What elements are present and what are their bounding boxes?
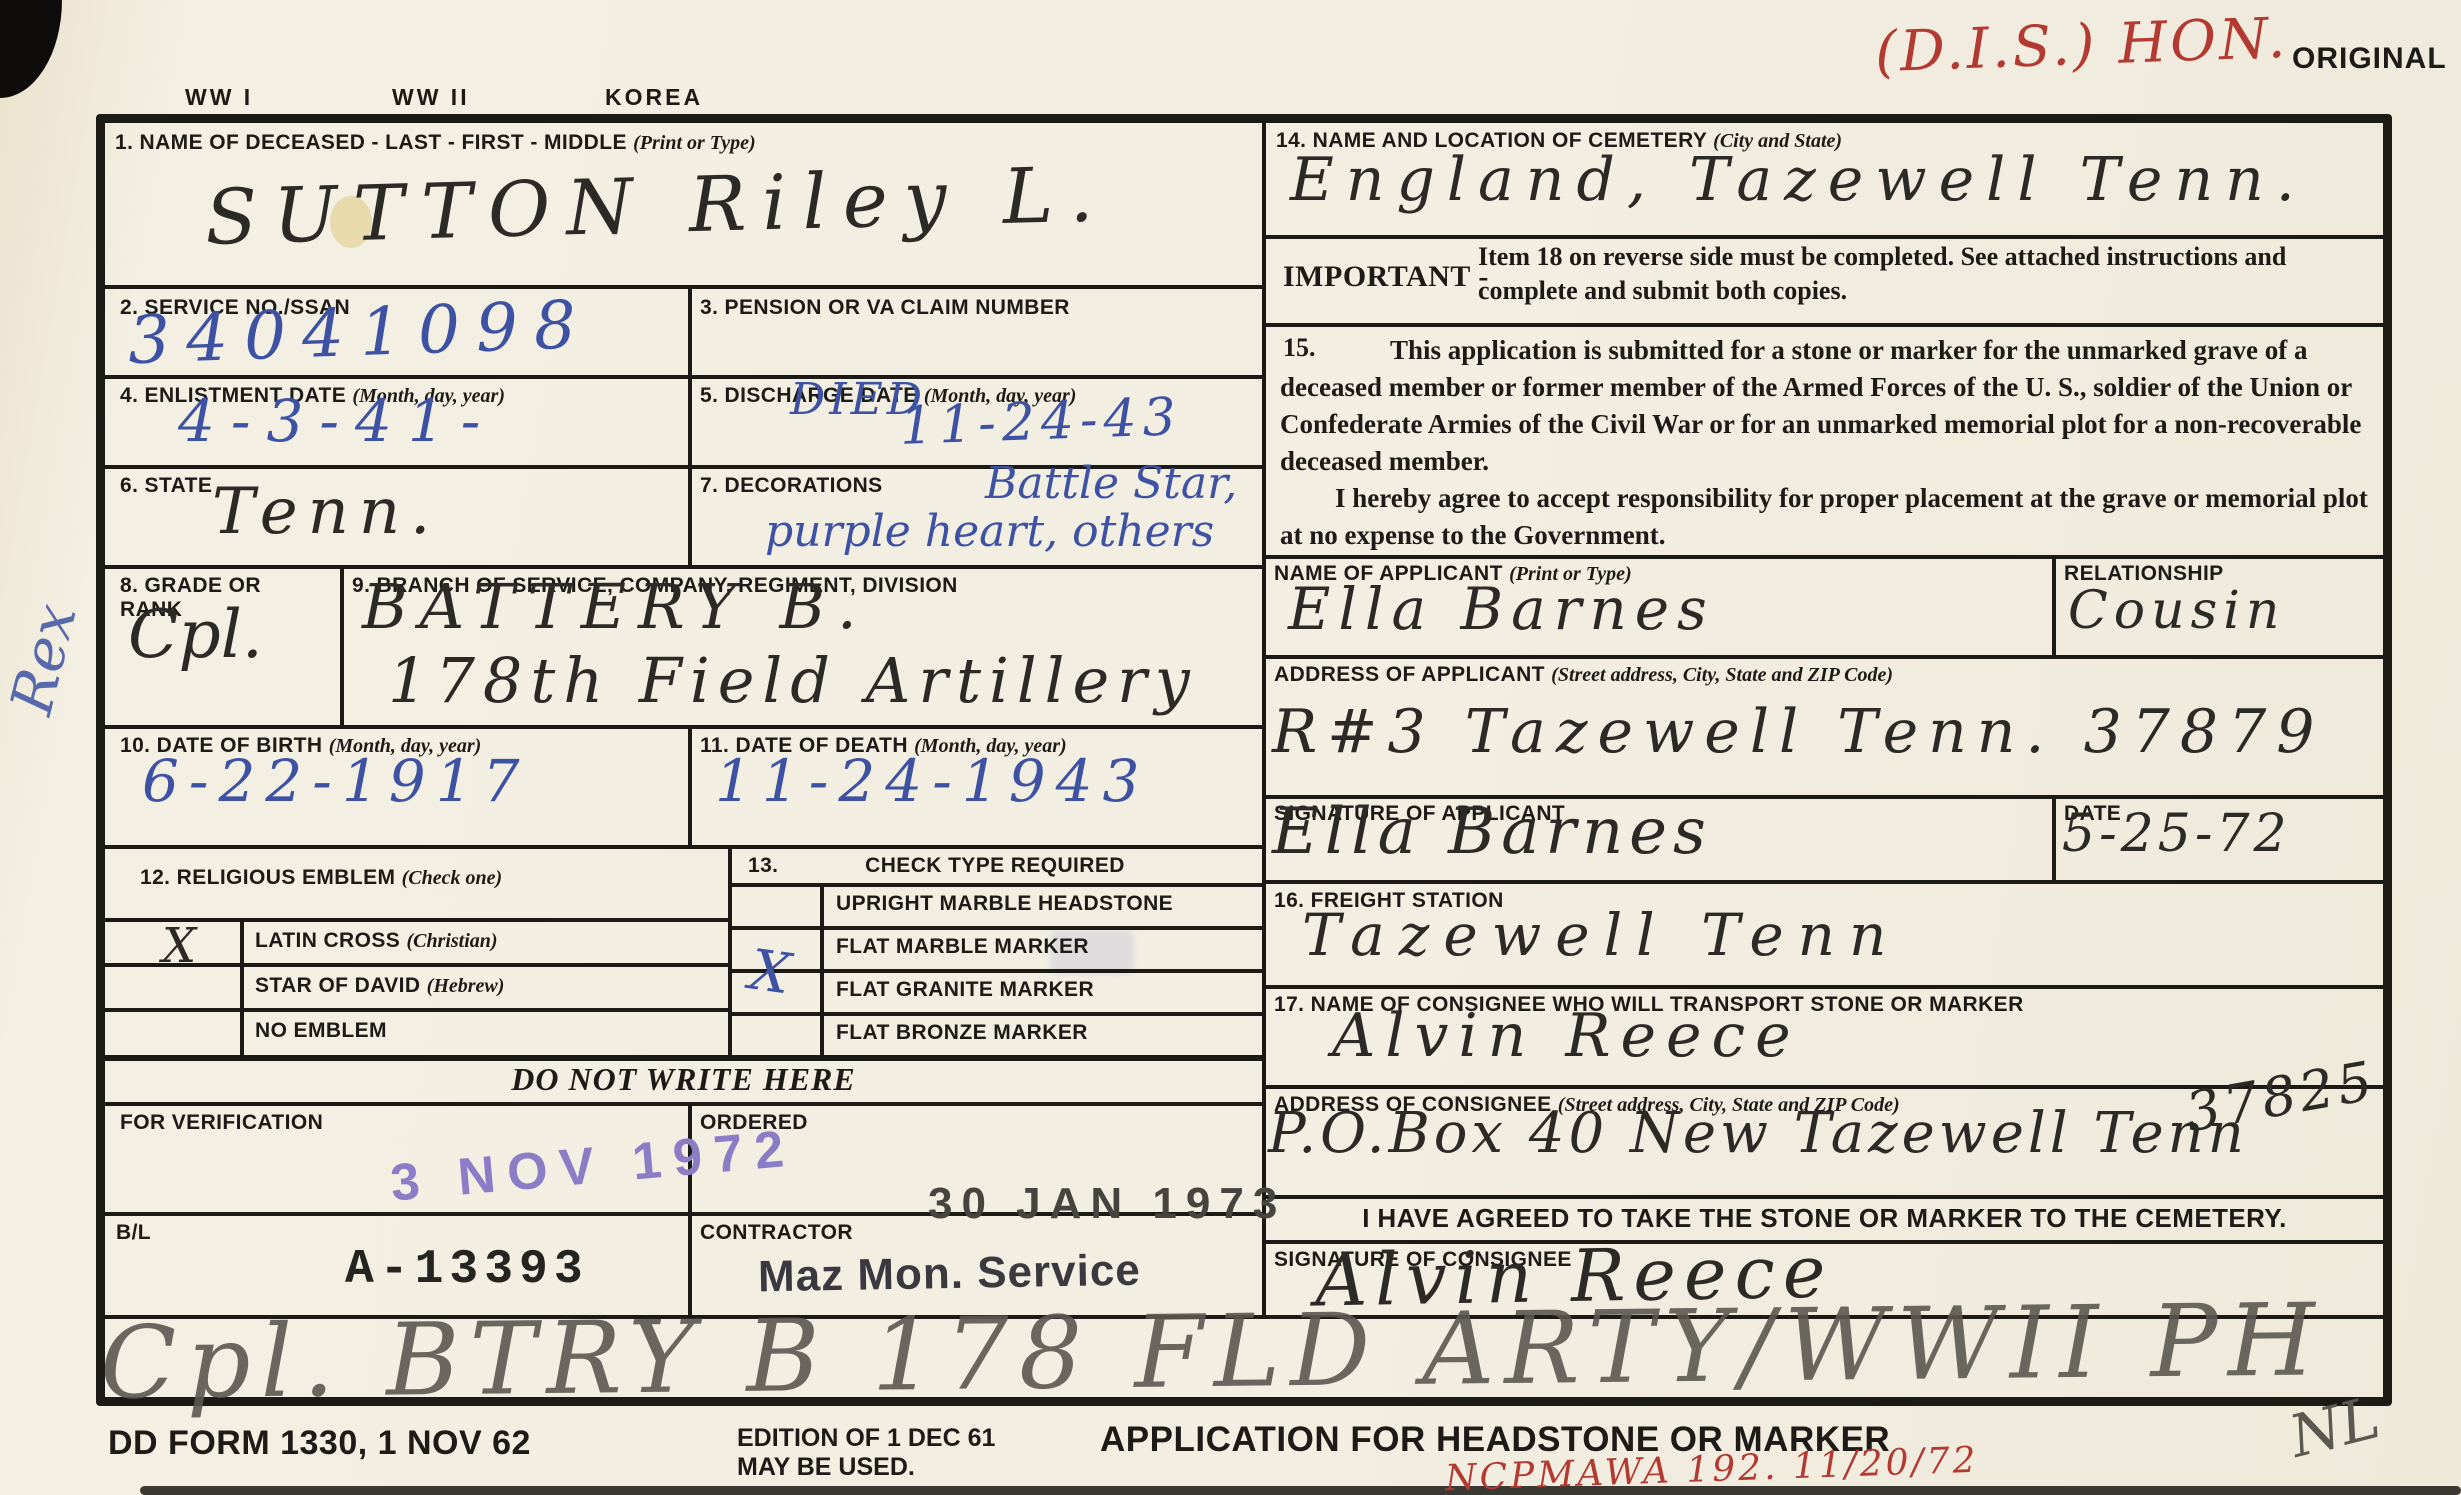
grid-line [728, 883, 1262, 887]
field13-option-flat-granite: FLAT GRANITE MARKER [836, 978, 1094, 1002]
grid-line [340, 565, 344, 729]
grid-line [2052, 795, 2056, 884]
field7-label: 7. DECORATIONS [700, 474, 883, 498]
scan-corner-artifact [0, 0, 62, 98]
grid-line [105, 918, 728, 922]
decorations-entry-line1: Battle Star, [985, 462, 1237, 506]
grid-line [1266, 880, 2383, 884]
war-label-korea: KOREA [605, 84, 703, 111]
war-label-ww1: WW I [185, 84, 253, 111]
field1-label: 1. NAME OF DECEASED - LAST - FIRST - MID… [115, 131, 756, 155]
grid-line [728, 1012, 1262, 1016]
freight-station-entry: Tazewell Tenn [1302, 906, 1900, 964]
latin-cross-checkmark: X [162, 922, 196, 970]
service-number-entry: 34041098 [127, 292, 593, 374]
applicant-address-label-text: ADDRESS OF APPLICANT [1274, 663, 1545, 686]
ordered-date-stamp: 30 JAN 1973 [928, 1182, 1286, 1226]
branch-entry-line1: BATTERY B. [362, 576, 869, 638]
grid-line [105, 1008, 728, 1012]
field15-paragraph1: This application is submitted for a ston… [1280, 332, 2372, 480]
margin-scribble: Rex [2, 598, 85, 719]
grid-line [2052, 555, 2056, 659]
field15-paragraph2: I hereby agree to accept responsibility … [1280, 480, 2372, 554]
field13-option-flat-marble: FLAT MARBLE MARKER [836, 935, 1089, 959]
state-entry: Tenn. [212, 480, 440, 544]
grid-line [105, 725, 1262, 729]
grid-line [240, 918, 244, 1059]
field1-hint: (Print or Type) [633, 132, 756, 154]
field13-option-upright-marble: UPRIGHT MARBLE HEADSTONE [836, 892, 1173, 916]
contractor-label: CONTRACTOR [700, 1221, 853, 1245]
footer-form-number: DD FORM 1330, 1 NOV 62 [108, 1424, 531, 1463]
important-label: IMPORTANT - [1283, 260, 1489, 294]
grid-line [688, 725, 692, 849]
option-label: LATIN CROSS [255, 929, 400, 952]
grid-line [1266, 323, 2383, 327]
field13-title: CHECK TYPE REQUIRED [728, 854, 1262, 878]
grid-line [1266, 655, 2383, 659]
grid-line [820, 883, 824, 1059]
bl-number-entry: A-13393 [345, 1246, 589, 1294]
footer-edition-line1: EDITION OF 1 DEC 61 [737, 1424, 995, 1453]
branch-entry-line2: 178th Field Artillery [388, 650, 1198, 712]
grid-line [1266, 235, 2383, 239]
field12-option-no-emblem: NO EMBLEM [255, 1019, 387, 1043]
red-dis-hon-annotation: (D.I.S.) HON. [1874, 11, 2289, 81]
birth-date-entry: 6-22-1917 [142, 752, 530, 810]
footer-edition-note: EDITION OF 1 DEC 61 MAY BE USED. [737, 1424, 995, 1482]
consignee-address-entry: P.O.Box 40 New Tazewell Tenn [1268, 1106, 2248, 1162]
grid-line [105, 285, 1262, 289]
scan-bottom-edge [140, 1486, 2461, 1495]
applicant-signature-entry: Ella Barnes [1272, 800, 1712, 864]
flat-granite-checkmark: X [746, 942, 793, 1003]
field3-label: 3. PENSION OR VA CLAIM NUMBER [700, 296, 1070, 320]
grid-line [728, 926, 1262, 930]
decorations-entry-line2: purple heart, others [765, 510, 1214, 554]
field12-label: 12. RELIGIOUS EMBLEM (Check one) [140, 866, 502, 890]
grid-line [728, 969, 1262, 973]
field12-option-latin-cross: LATIN CROSS (Christian) [255, 929, 498, 953]
pencil-unit-annotation: Cpl. BTRY B 178 FLD ARTY/WWII PH [100, 1290, 2326, 1413]
discharge-date-entry-date: 11-24-43 [899, 391, 1182, 453]
scanned-form-dd1330: WW I WW II KOREA (D.I.S.) HON. ORIGINAL … [0, 0, 2461, 1495]
bl-label: B/L [116, 1221, 151, 1245]
applicant-name-entry: Ella Barnes [1288, 580, 1715, 638]
field6-label: 6. STATE [120, 474, 212, 498]
grid-line [105, 375, 1262, 379]
original-copy-label: ORIGINAL [2292, 42, 2447, 76]
option-hint: (Christian) [406, 930, 497, 952]
cemetery-entry: England, Tazewell Tenn. [1290, 150, 2307, 210]
grid-line [1266, 555, 2383, 559]
application-date-entry: 5-25-72 [2062, 808, 2291, 860]
important-text: Item 18 on reverse side must be complete… [1478, 240, 2373, 308]
grid-line [1266, 1195, 2383, 1199]
field1-label-text: 1. NAME OF DECEASED - LAST - FIRST - MID… [115, 131, 627, 154]
grid-line [105, 845, 1262, 849]
applicant-address-entry: R#3 Tazewell Tenn. 37879 [1272, 702, 2324, 762]
consignee-name-entry: Alvin Reece [1332, 1006, 1801, 1066]
field13-option-flat-bronze: FLAT BRONZE MARKER [836, 1021, 1088, 1045]
grid-line [1262, 123, 1266, 1315]
enlistment-date-entry: 4-3-41- [178, 392, 496, 450]
field12-hint: (Check one) [402, 867, 503, 889]
verification-label: FOR VERIFICATION [120, 1111, 323, 1135]
contractor-name-stamp: Maz Mon. Service [758, 1249, 1141, 1300]
deceased-name-entry: SUTTON Riley L. [204, 156, 1110, 256]
grid-line [105, 963, 728, 967]
grid-line [105, 565, 1262, 569]
death-date-entry: 11-24-1943 [715, 752, 1149, 810]
corner-pencil-scribble: NL [2284, 1388, 2385, 1466]
field12-label-text: 12. RELIGIOUS EMBLEM [140, 866, 395, 889]
relationship-entry: Cousin [2068, 585, 2285, 637]
grid-line [688, 285, 692, 569]
option-label: STAR OF DAVID [255, 974, 420, 997]
applicant-address-hint: (Street address, City, State and ZIP Cod… [1551, 664, 1893, 686]
option-hint: (Hebrew) [427, 975, 505, 997]
war-label-ww2: WW II [392, 84, 470, 111]
grid-line [105, 1102, 1262, 1106]
footer-edition-line2: MAY BE USED. [737, 1453, 995, 1482]
do-not-write-banner: DO NOT WRITE HERE [105, 1061, 1262, 1098]
field12-option-star-of-david: STAR OF DAVID (Hebrew) [255, 974, 504, 998]
applicant-address-label: ADDRESS OF APPLICANT (Street address, Ci… [1274, 663, 1893, 687]
grade-rank-entry: Cpl. [128, 602, 263, 668]
grid-line [1266, 985, 2383, 989]
